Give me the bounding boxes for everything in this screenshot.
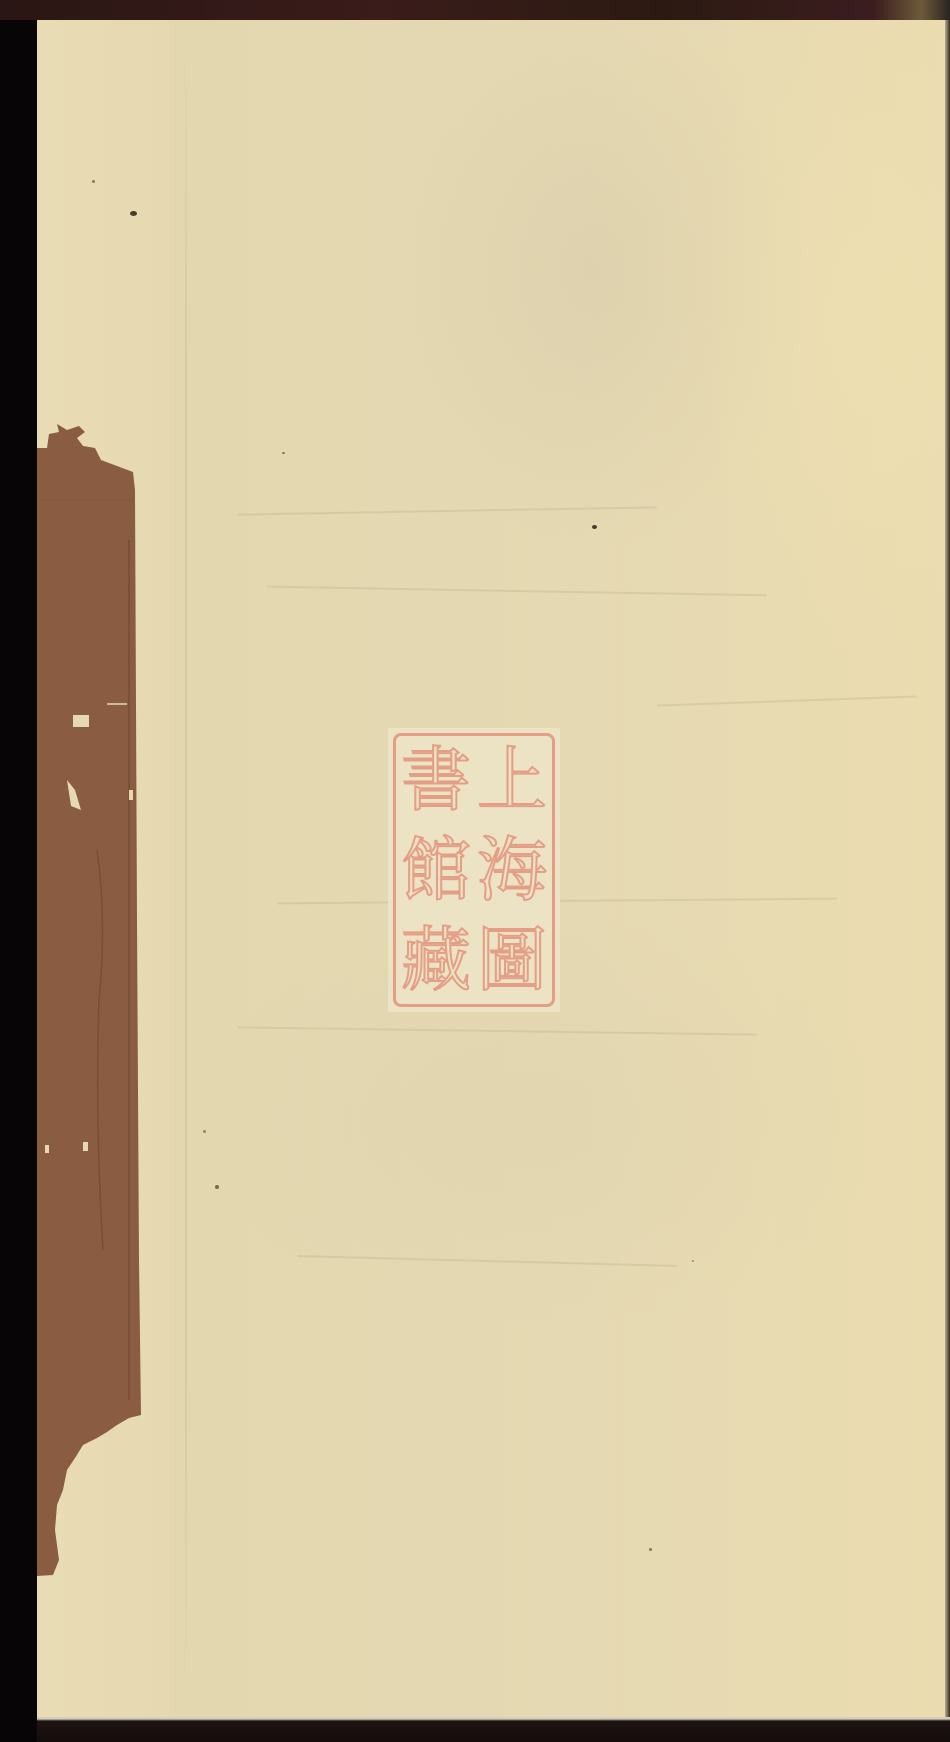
seal-character: 書 [398,738,474,822]
paper-speck [203,1130,206,1133]
scan-top-border [0,0,950,20]
page-right-edge [945,20,950,1717]
paper-crease [657,695,917,706]
paper-speck [92,180,95,183]
paper-crease [267,586,767,597]
paper-speck [692,1260,694,1262]
seal-character: 館 [398,828,474,912]
seal-column-right: 上 海 圖 [474,738,550,1002]
seal-character: 圖 [474,918,550,1002]
scan-bottom-border [37,1717,950,1742]
paper-speck [592,525,597,529]
paper-speck [649,1548,652,1551]
paper-crease [237,506,657,515]
flyleaf-page: 上 海 圖 書 館 藏 [37,20,945,1717]
seal-character: 海 [474,828,550,912]
paper-crease [297,1255,677,1267]
shanghai-library-seal: 上 海 圖 書 館 藏 [388,728,560,1012]
paper-speck [215,1185,219,1189]
seal-character: 藏 [398,918,474,1002]
paper-speck [130,211,137,216]
paper-crease [237,1026,757,1035]
seal-column-left: 書 館 藏 [398,738,474,1002]
paper-speck [282,452,285,454]
scan-left-border [0,20,37,1742]
seal-character: 上 [474,738,550,822]
torn-brown-cover-strip [37,20,197,1717]
